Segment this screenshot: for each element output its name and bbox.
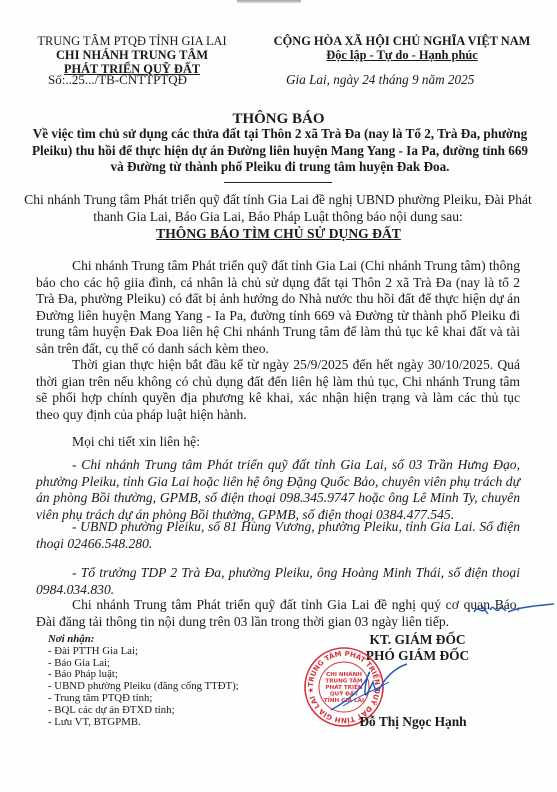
intro-paragraph: Chi nhánh Trung tâm Phát triển quỹ đất t… xyxy=(20,192,536,225)
notice-headline: THÔNG BÁO TÌM CHỦ SỬ DỤNG ĐẤT xyxy=(0,226,557,242)
document-number: Số:..25.../TB-CNTTPTQĐ xyxy=(48,72,187,88)
initial-signature-icon xyxy=(472,598,556,620)
document-page: TRUNG TÂM PTQĐ TỈNH GIA LAI CHI NHÁNH TR… xyxy=(0,0,557,792)
contact-group-leader: - Tổ trưởng TDP 2 Trà Đa, phường Pleiku,… xyxy=(36,565,520,598)
agency-name: TRUNG TÂM PTQĐ TỈNH GIA LAI xyxy=(28,34,236,48)
recipients-list: Nơi nhận: - Đài PTTH Gia Lai; - Báo Gia … xyxy=(48,634,239,728)
handwritten-signature-icon xyxy=(329,660,409,716)
signer-name: Đỗ Thị Ngọc Hạnh xyxy=(320,714,506,730)
issuer-header: TRUNG TÂM PTQĐ TỈNH GIA LAI CHI NHÁNH TR… xyxy=(28,34,236,76)
scan-artifact xyxy=(237,0,301,3)
national-motto: Độc lập - Tự do - Hạnh phúc xyxy=(326,48,477,62)
contact-branch: - Chi nhánh Trung tâm Phát triển quỹ đất… xyxy=(36,457,520,523)
recipient-item: - Lưu VT, BTGPMB. xyxy=(48,717,239,729)
body-paragraph-timeline: Thời gian thực hiện bắt đầu kể từ ngày 2… xyxy=(36,357,520,423)
subject-divider xyxy=(224,182,332,183)
contact-intro: Mọi chi tiết xin liên hệ: xyxy=(36,434,520,451)
recipient-item: - BQL các dự án ĐTXD tỉnh; xyxy=(48,705,239,717)
body-paragraph-request: Chi nhánh Trung tâm Phát triển quỹ đất t… xyxy=(36,597,520,630)
country-name: CỘNG HÒA XÃ HỘI CHỦ NGHĨA VIỆT NAM xyxy=(268,34,536,48)
issue-date: Gia Lai, ngày 24 tháng 9 năm 2025 xyxy=(286,72,474,88)
recipient-item: - Đài PTTH Gia Lai; xyxy=(48,646,239,658)
contact-ward: - UBND phường Pleiku, số 81 Hùng Vương, … xyxy=(36,519,520,552)
branch-name-line1: CHI NHÁNH TRUNG TÂM xyxy=(28,48,236,62)
document-subject: Về việc tìm chủ sử dụng các thửa đất tại… xyxy=(30,126,530,176)
national-header: CỘNG HÒA XÃ HỘI CHỦ NGHĨA VIỆT NAM Độc l… xyxy=(268,34,536,62)
body-paragraph-notice: Chi nhánh Trung tâm Phát triển quỹ đất t… xyxy=(36,258,520,358)
recipient-item: - Trung tâm PTQĐ tỉnh; xyxy=(48,693,239,705)
